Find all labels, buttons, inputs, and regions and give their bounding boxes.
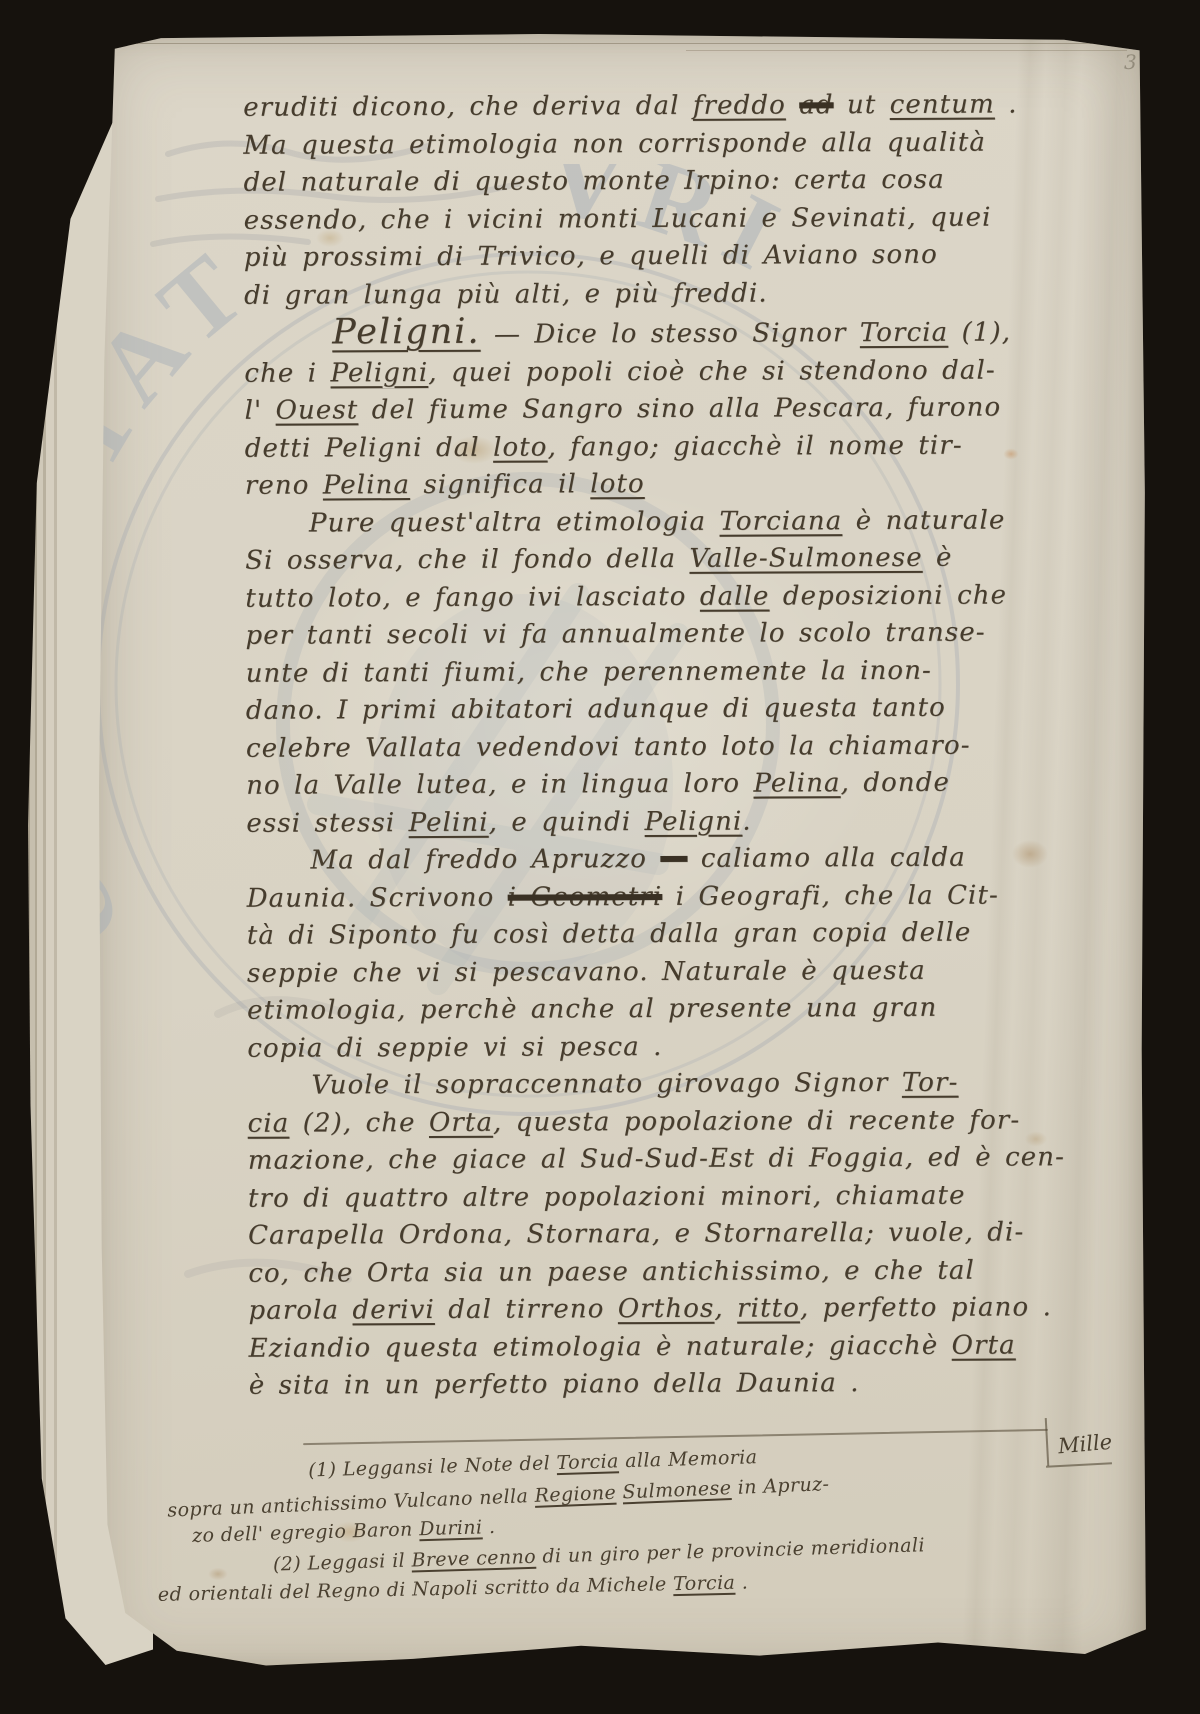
manuscript-line: co, che Orta sia un paese antichissimo, … bbox=[248, 1252, 1064, 1293]
manuscript-line: Eziandio questa etimologia è naturale; g… bbox=[249, 1327, 1065, 1368]
manuscript-page: OSPERITAT VRI 3 eruditi dicono, che deri… bbox=[98, 34, 1148, 1672]
manuscript-line: Pure quest'altra etimologia Torciana è n… bbox=[245, 502, 1061, 543]
manuscript-line: Vuole il sopraccennato girovago Signor T… bbox=[247, 1064, 1063, 1105]
manuscript-line: più prossimi di Trivico, e quelli di Avi… bbox=[244, 236, 1060, 277]
manuscript-line: Carapella Ordona, Stornara, e Stornarell… bbox=[248, 1214, 1064, 1255]
manuscript-line: reno Pelina significa il loto bbox=[245, 464, 1061, 505]
manuscript-line: Daunia. Scrivono i Geometri i Geografi, … bbox=[247, 877, 1063, 918]
manuscript-line: Si osserva, che il fondo della Valle-Sul… bbox=[245, 539, 1061, 580]
manuscript-line: tutto loto, e fango ivi lasciato dalle d… bbox=[245, 577, 1061, 618]
manuscript-line: l' Ouest del fiume Sangro sino alla Pesc… bbox=[244, 389, 1060, 430]
manuscript-line: no la Valle lutea, e in lingua loro Peli… bbox=[246, 764, 1062, 805]
manuscript-line: parola derivi dal tirreno Orthos, ritto,… bbox=[248, 1289, 1064, 1330]
manuscript-line: mazione, che giace al Sud-Sud-Est di Fog… bbox=[248, 1139, 1064, 1180]
page-top-edge-line bbox=[130, 43, 1117, 44]
margin-note: Mille bbox=[1057, 1430, 1113, 1459]
section-word: Peligni. bbox=[332, 312, 481, 353]
manuscript-line: celebre Vallata vedendovi tanto loto la … bbox=[246, 727, 1062, 768]
manuscript-line: dano. I primi abitatori adunque di quest… bbox=[246, 689, 1062, 730]
manuscript-line: seppie che vi si pescavano. Naturale è q… bbox=[247, 952, 1063, 993]
page-number: 3 bbox=[1124, 50, 1137, 74]
manuscript-line: Ma dal freddo Apruzzo — caliamo alla cal… bbox=[246, 839, 1062, 880]
manuscript-line: per tanti secoli vi fa annualmente lo sc… bbox=[245, 614, 1061, 655]
manuscript-line: Peligni. — Dice lo stesso Signor Torcia … bbox=[244, 311, 1060, 355]
manuscript-line: essendo, che i vicini monti Lucani e Sev… bbox=[244, 199, 1060, 240]
manuscript-line: tà di Siponto fu così detta dalla gran c… bbox=[247, 914, 1063, 955]
manuscript-text-block: eruditi dicono, che deriva dal freddo ad… bbox=[243, 86, 1065, 1405]
manuscript-line: eruditi dicono, che deriva dal freddo ad… bbox=[243, 86, 1059, 127]
manuscript-photo: OSPERITAT VRI 3 eruditi dicono, che deri… bbox=[0, 0, 1200, 1714]
footnotes-block: (1) Leggansi le Note del Torcia alla Mem… bbox=[148, 1432, 1112, 1615]
manuscript-line: copia di seppie vi si pesca . bbox=[247, 1027, 1063, 1068]
manuscript-line: unte di tanti fiumi, che perennemente la… bbox=[246, 652, 1062, 693]
manuscript-line: detti Peligni dal loto, fango; giacchè i… bbox=[245, 427, 1061, 468]
underlying-page-edge-line bbox=[686, 50, 1127, 51]
manuscript-line: è sita in un perfetto piano della Daunia… bbox=[249, 1364, 1065, 1405]
manuscript-line: etimologia, perchè anche al presente una… bbox=[247, 989, 1063, 1030]
manuscript-line: essi stessi Pelini, e quindi Peligni. bbox=[246, 802, 1062, 843]
manuscript-line: cia (2), che Orta, questa popolazione di… bbox=[248, 1102, 1064, 1143]
manuscript-line: del naturale di questo monte Irpino: cer… bbox=[243, 161, 1059, 202]
manuscript-line: tro di quattro altre popolazioni minori,… bbox=[248, 1177, 1064, 1218]
manuscript-line: che i Peligni, quei popoli cioè che si s… bbox=[244, 352, 1060, 393]
manuscript-line: di gran lunga più alti, e più freddi. bbox=[244, 274, 1060, 315]
manuscript-line: Ma questa etimologia non corrisponde all… bbox=[243, 124, 1059, 165]
